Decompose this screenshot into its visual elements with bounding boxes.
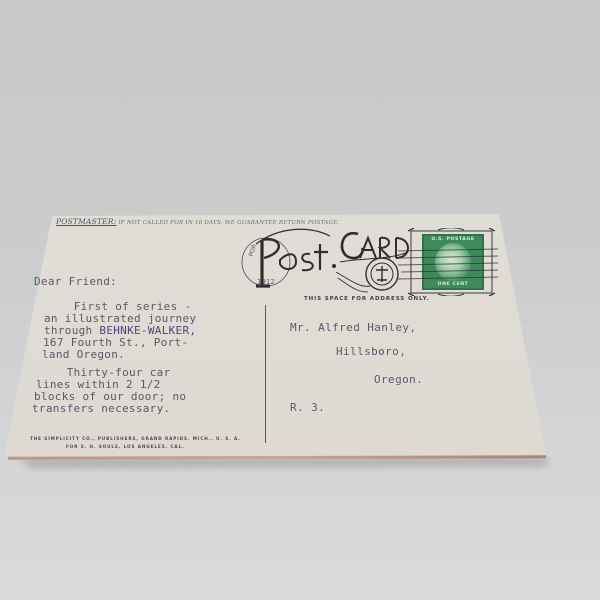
postcard: POSTMASTER: IF NOT CALLED FOR IN 10 DAYS…	[0, 0, 600, 600]
stamp-bottom-label: ONE CENT	[422, 282, 484, 287]
post-card-logo: POR 1912	[240, 222, 420, 300]
postmark-icon: POR 1912	[242, 238, 290, 286]
postmaster-lead: POSTMASTER:	[56, 217, 116, 226]
publisher-line-2: FOR S. H. SOULE, LOS ANGELES, CAL.	[66, 444, 185, 449]
card-lettering	[336, 233, 408, 292]
postage-stamp: U.S. POSTAGE ONE CENT	[422, 234, 484, 290]
stamp-top-label: U.S. POSTAGE	[422, 237, 484, 242]
message-line: transfers necessary.	[32, 403, 170, 415]
recipient-state: Oregon.	[374, 374, 423, 386]
vertical-divider	[265, 305, 266, 443]
franklin-portrait-icon	[435, 243, 471, 281]
publisher-line-1: THE SIMPLICITY CO., PUBLISHERS, GRAND RA…	[30, 436, 241, 441]
message-greeting: Dear Friend:	[34, 276, 117, 288]
message-line: land Oregon.	[42, 349, 125, 361]
recipient-city: Hillsboro,	[336, 346, 406, 358]
svg-text:POR: POR	[248, 243, 259, 257]
recipient-route: R. 3.	[290, 402, 325, 414]
address-space-note: THIS SPACE FOR ADDRESS ONLY.	[304, 296, 430, 302]
recipient-name: Mr. Alfred Hanley,	[290, 322, 416, 334]
postcard-bottom-edge	[8, 455, 546, 459]
